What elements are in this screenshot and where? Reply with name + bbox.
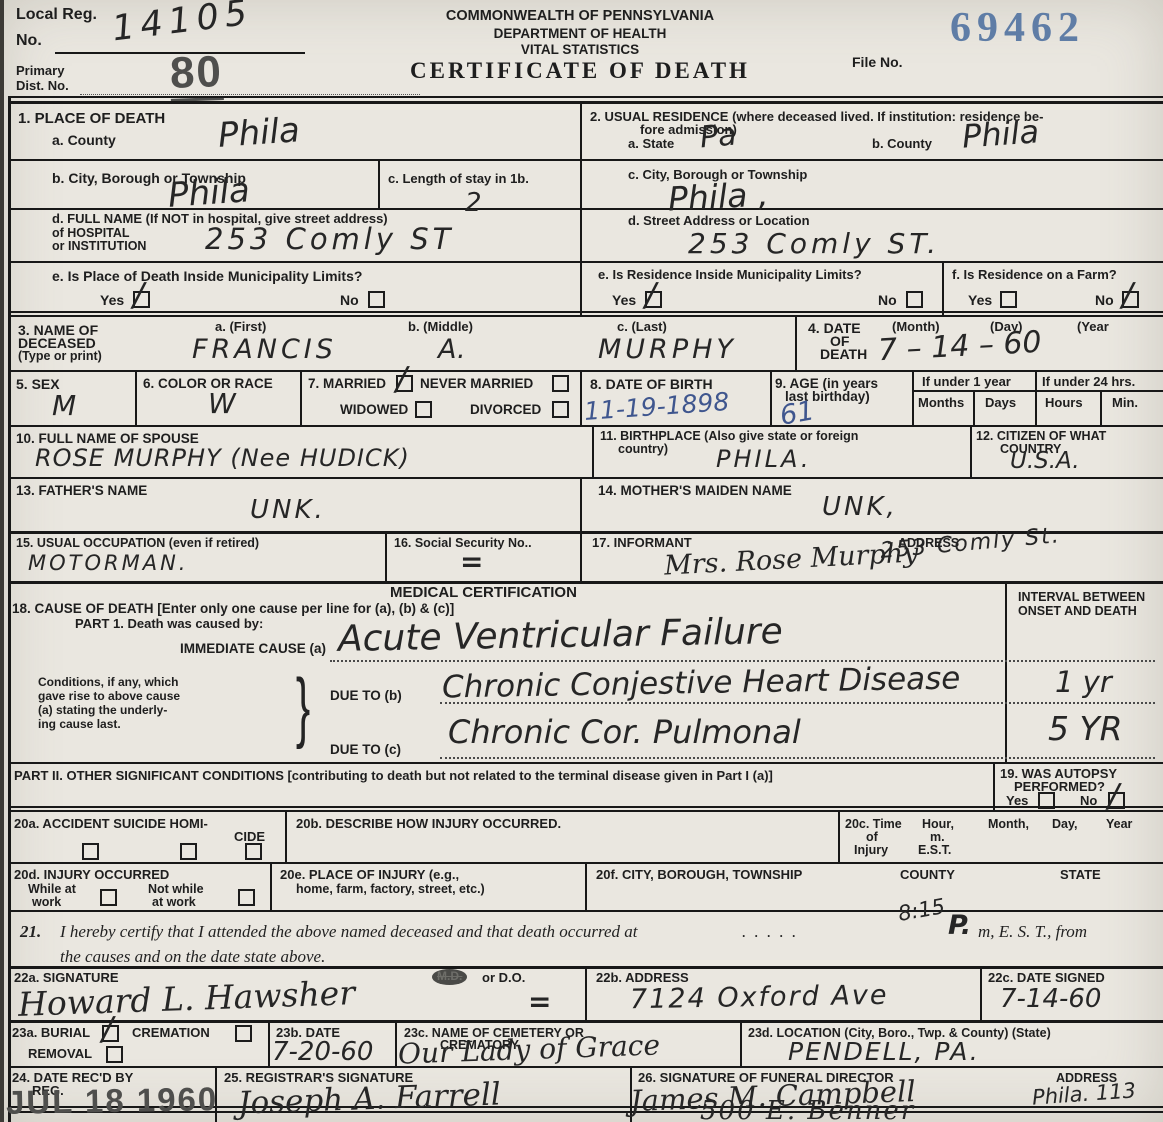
- field-21-text1: I hereby certify that I attended the abo…: [60, 922, 638, 942]
- field-18-title: 18. CAUSE OF DEATH [Enter only one cause…: [12, 601, 454, 617]
- field-16-value: =: [460, 548, 483, 576]
- field-21-dots: . . . . .: [742, 922, 798, 942]
- field-2a-label: a. State: [628, 137, 674, 152]
- checkbox-7-never-married: [552, 375, 569, 392]
- checkbox-7-divorced: [552, 401, 569, 418]
- immediate-cause-value: Acute Ventricular Failure: [338, 614, 783, 658]
- field-21-time-value: 8:15: [897, 896, 947, 925]
- rule: [585, 966, 587, 1020]
- rule: [973, 390, 975, 425]
- field-2e-no-label: No: [878, 292, 897, 308]
- dist-no-label: Dist. No.: [16, 79, 69, 94]
- field-4-value: 7 – 14 – 60: [877, 328, 1042, 367]
- field-12-value: U.S.A.: [1010, 450, 1080, 473]
- field-23d-value: PENDELL, PA.: [788, 1039, 980, 1064]
- field-2d-value: 253 Comly ST.: [688, 230, 940, 258]
- field-7-never-married-label: NEVER MARRIED: [420, 376, 533, 392]
- field-7-widowed-label: WIDOWED: [340, 402, 408, 418]
- rule: [8, 96, 1163, 98]
- field-19-yes-label: Yes: [1006, 794, 1028, 809]
- conditions-note-line2: gave rise to above cause: [38, 690, 180, 704]
- rule: [912, 390, 1163, 392]
- field-20b-label: 20b. DESCRIBE HOW INJURY OCCURRED.: [296, 817, 561, 832]
- local-reg-value: 14105: [110, 0, 255, 47]
- rule: [770, 370, 772, 425]
- field-20c-est-label: E.S.T.: [918, 843, 951, 857]
- field-1c-label: c. Length of stay in 1b.: [388, 172, 529, 187]
- field-20d-while2: work: [32, 895, 61, 909]
- field-1c-value: 2: [465, 190, 482, 216]
- rule: [8, 1020, 1163, 1023]
- scan-edge: [0, 0, 4, 1122]
- field-4-title3: DEATH: [820, 346, 867, 362]
- serial-number-stamp: 69462: [950, 4, 1085, 52]
- rule: [580, 370, 582, 425]
- field-23a-cremation-label: CREMATION: [132, 1026, 210, 1041]
- field-3a-label: a. (First): [215, 320, 266, 335]
- checkbox-23a-burial: ╱: [102, 1025, 119, 1042]
- field-20d-not2: at work: [152, 895, 196, 909]
- file-no-label: File No.: [852, 54, 903, 70]
- field-3a-value: FRANCIS: [192, 336, 337, 363]
- field-17-label: 17. INFORMANT: [592, 536, 692, 551]
- field-3b-label: b. (Middle): [408, 320, 473, 335]
- rule: [980, 966, 982, 1020]
- field-20f-state-label: STATE: [1060, 868, 1101, 883]
- field-23c-value: Our Lady of Grace: [398, 1031, 661, 1068]
- field-3c-value: MURPHY: [598, 336, 737, 363]
- field-2c-value: Phila ,: [667, 177, 769, 215]
- rule: [580, 477, 582, 531]
- checkbox-2f-no: ╱: [1122, 291, 1139, 308]
- field-21-text2: m, E. S. T., from: [978, 922, 1087, 942]
- field-9-under1-label: If under 1 year: [922, 375, 1011, 390]
- field-9-days-label: Days: [985, 396, 1016, 411]
- field-20d-label: 20d. INJURY OCCURRED: [14, 868, 169, 883]
- org-line2: DEPARTMENT OF HEALTH: [330, 26, 830, 42]
- part2-label: PART II. OTHER SIGNIFICANT CONDITIONS [c…: [14, 769, 773, 784]
- field-22a-or-do-label: or D.O.: [482, 971, 525, 986]
- rule: [993, 762, 995, 810]
- rule: [330, 660, 1155, 662]
- checkbox-23a-cremation: [235, 1025, 252, 1042]
- field-25-registrar-signature: Joseph A. Farrell: [238, 1079, 502, 1119]
- due-to-b-value: Chronic Conjestive Heart Disease: [442, 663, 961, 703]
- field-23a-removal-label: REMOVAL: [28, 1047, 92, 1062]
- rule: [8, 261, 1163, 263]
- rule: [385, 531, 387, 581]
- checkbox-19-no: ╱: [1108, 792, 1125, 809]
- rule: [1100, 390, 1102, 425]
- primary-dist-stamp: 80: [169, 47, 224, 102]
- field-15-value: MOTORMAN.: [28, 553, 188, 574]
- field-1-title: 1. PLACE OF DEATH: [18, 110, 165, 127]
- field-1e-no-label: No: [340, 292, 359, 308]
- field-7-divorced-label: DIVORCED: [470, 402, 541, 418]
- rule: [378, 159, 380, 208]
- field-1e-label: e. Is Place of Death Inside Municipality…: [52, 268, 362, 284]
- field-9-months-label: Months: [918, 396, 964, 411]
- field-3c-label: c. (Last): [617, 320, 667, 335]
- field-9-value: 61: [778, 397, 817, 430]
- rule: [580, 101, 582, 315]
- org-line1: COMMONWEALTH OF PENNSYLVANIA: [330, 8, 830, 25]
- rule: [942, 261, 944, 315]
- rule: [135, 370, 137, 425]
- org-line3: VITAL STATISTICS: [330, 42, 830, 58]
- checkbox-20a-homicide: [245, 843, 262, 860]
- rule: [795, 315, 797, 370]
- field-22b-value: 7124 Oxford Ave: [630, 982, 889, 1014]
- checkbox-20d-while-at-work: [100, 889, 117, 906]
- rule: [8, 910, 1163, 912]
- checkbox-23a-removal: [106, 1046, 123, 1063]
- field-14-label: 14. MOTHER'S MAIDEN NAME: [598, 483, 792, 499]
- rule: [1005, 581, 1007, 762]
- field-6-value: W: [208, 390, 236, 418]
- rule: [585, 862, 587, 910]
- field-22c-value: 7-14-60: [1000, 986, 1101, 1012]
- rule: [592, 425, 594, 477]
- checkbox-1e-no: [368, 291, 385, 308]
- checkbox-7-widowed: [415, 401, 432, 418]
- rule: [8, 101, 1163, 104]
- interval-label2: ONSET AND DEATH: [1018, 604, 1137, 618]
- rule: [8, 370, 1163, 372]
- field-4-year-label: (Year: [1077, 320, 1109, 335]
- rule: [8, 581, 1163, 584]
- field-9-under24-label: If under 24 hrs.: [1042, 375, 1135, 390]
- due-to-c-label: DUE TO (c): [330, 742, 401, 758]
- due-to-b-interval: 1 yr: [1055, 668, 1112, 697]
- field-22a-signature: Howard L. Hawsher: [18, 976, 356, 1021]
- rule: [270, 862, 272, 910]
- rule: [440, 757, 1155, 759]
- rule: [8, 96, 11, 1122]
- field-2e-label: e. Is Residence Inside Municipality Limi…: [598, 268, 862, 283]
- field-20c-month-label: Month,: [988, 817, 1029, 831]
- field-20e-label2: home, farm, factory, street, etc.): [296, 882, 485, 896]
- checkbox-20a-accident: [82, 843, 99, 860]
- checkbox-2e-yes: ╱: [645, 291, 662, 308]
- rule: [8, 315, 1163, 317]
- field-15-label: 15. USUAL OCCUPATION (even if retired): [16, 536, 259, 550]
- field-20c-day-label: Day,: [1052, 817, 1077, 831]
- conditions-note-line1: Conditions, if any, which: [38, 676, 178, 690]
- rule: [970, 425, 972, 477]
- due-to-c-value: Chronic Cor. Pulmonal: [448, 716, 801, 748]
- rule: [300, 370, 302, 425]
- field-3b-value: A.: [438, 336, 466, 363]
- field-2e-yes-label: Yes: [612, 292, 636, 308]
- field-1d-value: 253 Comly ST: [205, 225, 454, 254]
- checkbox-2e-no: [906, 291, 923, 308]
- field-11-label2: country): [618, 442, 668, 456]
- field-22a-md-label: M.D.: [432, 969, 467, 985]
- field-1d-label3: or INSTITUTION: [52, 239, 146, 253]
- death-certificate-scan: Local Reg. No. 14105 Primary Dist. No. 8…: [0, 0, 1163, 1122]
- field-13-label: 13. FATHER'S NAME: [16, 483, 147, 499]
- rule: [8, 810, 1163, 812]
- field-11-value: PHILA.: [716, 447, 811, 471]
- field-23a-burial-label: 23a. BURIAL: [12, 1026, 90, 1041]
- rule: [8, 159, 1163, 161]
- interval-label1: INTERVAL BETWEEN: [1018, 590, 1145, 604]
- checkbox-19-yes: [1038, 792, 1055, 809]
- field-2b-value: Phila: [961, 115, 1040, 152]
- field-3-title3: (Type or print): [18, 349, 102, 363]
- field-21-pm-value: P.: [948, 912, 971, 939]
- field-7-married-label: 7. MARRIED: [308, 376, 386, 392]
- rule: [1035, 370, 1037, 425]
- field-1a-value: Phila: [217, 113, 301, 153]
- field-20e-label1: 20e. PLACE OF INJURY (e.g.,: [280, 868, 459, 883]
- due-to-b-label: DUE TO (b): [330, 688, 402, 704]
- medical-certification-heading: MEDICAL CERTIFICATION: [390, 584, 577, 601]
- field-23b-value: 7-20-60: [272, 1039, 373, 1065]
- field-2b-label: b. County: [872, 137, 932, 152]
- field-1a-label: a. County: [52, 132, 116, 148]
- field-9-hours-label: Hours: [1045, 396, 1083, 411]
- field-20a-label1: 20a. ACCIDENT SUICIDE HOMI-: [14, 817, 208, 832]
- field-19-no-label: No: [1080, 794, 1097, 809]
- field-14-value: UNK,: [822, 494, 898, 520]
- local-reg-label: Local Reg.: [16, 6, 97, 24]
- local-reg-no-label: No.: [16, 32, 42, 50]
- checkbox-7-married: ╱: [396, 375, 413, 392]
- rule: [8, 477, 1163, 479]
- conditions-brace: }: [296, 662, 310, 752]
- field-21-text3: the causes and on the date state above.: [60, 947, 325, 967]
- field-20f-county-label: COUNTY: [900, 868, 955, 883]
- conditions-note-line4: ing cause last.: [38, 718, 121, 732]
- field-9-min-label: Min.: [1112, 396, 1138, 411]
- field-21-number: 21.: [20, 922, 41, 942]
- checkbox-20d-not-at-work: [238, 889, 255, 906]
- checkbox-2f-yes: [1000, 291, 1017, 308]
- field-20c-label3: Injury: [854, 843, 888, 857]
- rule: [8, 762, 1163, 764]
- rule: [80, 94, 420, 95]
- field-2a-value: Pa: [699, 120, 738, 153]
- field-26-address-value: Phila. 113: [1031, 1080, 1136, 1108]
- field-1b-value: Phila: [167, 173, 251, 213]
- field-2f-label: f. Is Residence on a Farm?: [952, 268, 1117, 283]
- field-2f-no-label: No: [1095, 292, 1114, 308]
- conditions-note-line3: (a) stating the underly-: [38, 704, 167, 718]
- rule: [8, 311, 1163, 313]
- rule: [8, 806, 1163, 808]
- rule: [268, 1020, 270, 1066]
- immediate-cause-label: IMMEDIATE CAUSE (a): [180, 641, 326, 657]
- field-13-value: UNK.: [250, 497, 326, 523]
- rule: [580, 531, 582, 581]
- field-8-value: 11-19-1898: [583, 389, 730, 424]
- field-5-value: M: [52, 392, 76, 420]
- field-20f-label: 20f. CITY, BOROUGH, TOWNSHIP: [596, 868, 802, 883]
- field-2f-yes-label: Yes: [968, 292, 992, 308]
- field-22a-do-mark: =: [528, 988, 551, 1016]
- field-20c-year-label: Year: [1106, 817, 1132, 831]
- field-18-part1-label: PART 1. Death was caused by:: [75, 617, 263, 632]
- field-26-address-line2: 500 E. Benner: [700, 1098, 915, 1122]
- document-title: CERTIFICATE OF DEATH: [330, 58, 830, 84]
- checkbox-1e-yes: ╱: [133, 291, 150, 308]
- rule: [912, 370, 914, 425]
- field-1e-yes-label: Yes: [100, 292, 124, 308]
- primary-label: Primary: [16, 64, 64, 79]
- field-24-received-stamp: JUL 18 1960: [6, 1080, 219, 1122]
- checkbox-20a-suicide: [180, 843, 197, 860]
- due-to-c-interval: 5 YR: [1048, 712, 1123, 745]
- rule: [285, 810, 287, 862]
- rule: [740, 1020, 742, 1066]
- field-10-value: ROSE MURPHY (Nee HUDICK): [35, 446, 410, 470]
- rule: [8, 1066, 1163, 1068]
- rule: [838, 810, 840, 862]
